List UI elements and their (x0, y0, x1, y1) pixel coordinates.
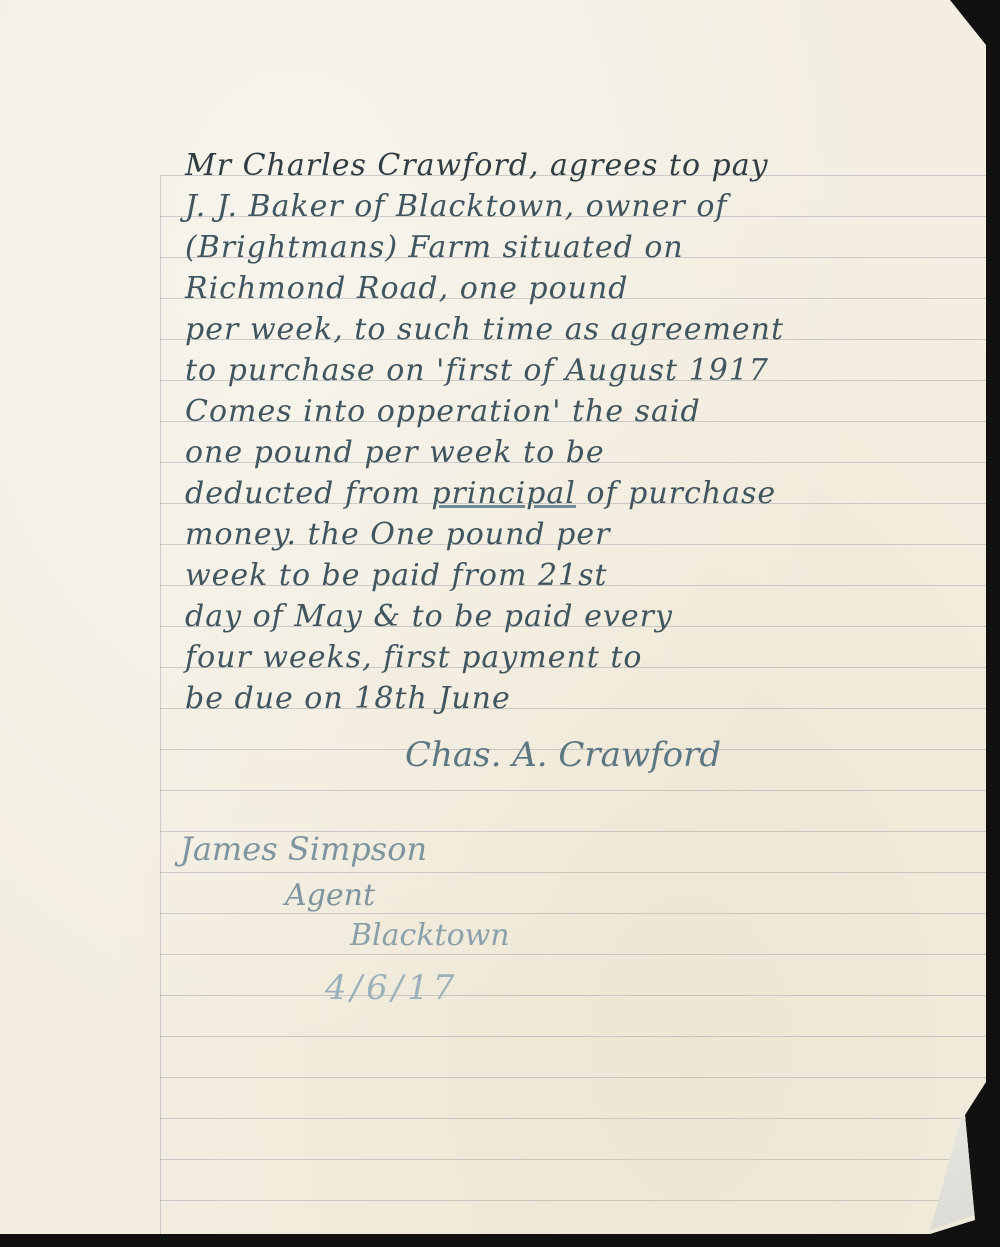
underlined-word: principal (431, 476, 576, 511)
text-line: money. the One pound per (185, 514, 985, 555)
text-line: Richmond Road, one pound (185, 268, 985, 309)
agreement-text: Mr Charles Crawford, agrees to pay J. J.… (185, 145, 985, 719)
text-line: four weeks, first payment to (185, 637, 985, 678)
text-line: Mr Charles Crawford, agrees to pay (185, 145, 985, 186)
text-line: day of May & to be paid every (185, 596, 985, 637)
text-line: week to be paid from 21st (185, 555, 985, 596)
witness-title: Agent (285, 878, 375, 913)
text-line: one pound per week to be (185, 432, 985, 473)
text-line: J. J. Baker of Blacktown, owner of (185, 186, 985, 227)
witness-name: James Simpson (180, 830, 427, 868)
signature-crawford: Chas. A. Crawford (405, 735, 721, 775)
text-line: per week, to such time as agreement (185, 309, 985, 350)
paper-sheet: Mr Charles Crawford, agrees to pay J. J.… (0, 0, 986, 1234)
witness-place: Blacktown (350, 918, 510, 953)
text-line: deducted from principal of purchase (185, 473, 985, 514)
text-line: (Brightmans) Farm situated on (185, 227, 985, 268)
text-line: be due on 18th June (185, 678, 985, 719)
text-line: to purchase on 'first of August 1917 (185, 350, 985, 391)
text-line: Comes into opperation' the said (185, 391, 985, 432)
witness-date: 4/6/17 (325, 968, 458, 1008)
margin-line (160, 175, 161, 1234)
